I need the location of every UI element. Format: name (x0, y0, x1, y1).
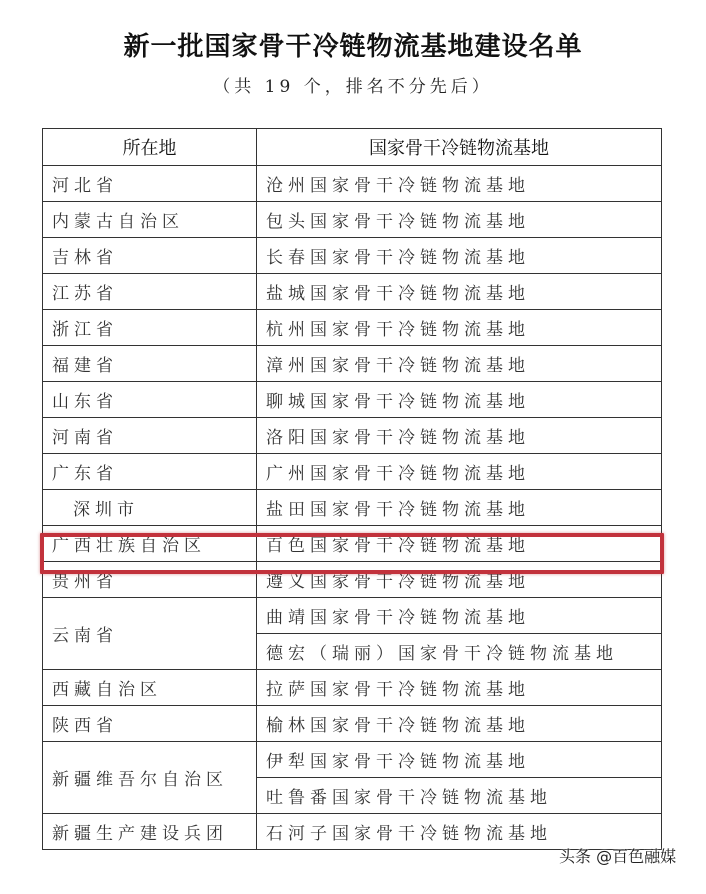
location-cell-sub: 深圳市 (43, 490, 257, 526)
base-cell: 榆林国家骨干冷链物流基地 (257, 706, 662, 742)
base-cell: 百色国家骨干冷链物流基地 (257, 526, 662, 562)
base-cell: 洛阳国家骨干冷链物流基地 (257, 418, 662, 454)
location-cell: 内蒙古自治区 (43, 202, 257, 238)
table-row: 深圳市 盐田国家骨干冷链物流基地 (43, 490, 662, 526)
header-location: 所在地 (43, 129, 257, 166)
location-cell: 新疆生产建设兵团 (43, 814, 257, 850)
table-row: 广东省 广州国家骨干冷链物流基地 (43, 454, 662, 490)
location-cell: 福建省 (43, 346, 257, 382)
table-row: 福建省 漳州国家骨干冷链物流基地 (43, 346, 662, 382)
base-cell: 聊城国家骨干冷链物流基地 (257, 382, 662, 418)
base-cell: 盐城国家骨干冷链物流基地 (257, 274, 662, 310)
base-cell: 拉萨国家骨干冷链物流基地 (257, 670, 662, 706)
watermark: 头条 @百色融媒 (559, 844, 676, 867)
location-cell: 贵州省 (43, 562, 257, 598)
base-cell: 漳州国家骨干冷链物流基地 (257, 346, 662, 382)
table-row-highlighted: 广西壮族自治区 百色国家骨干冷链物流基地 (43, 526, 662, 562)
location-cell: 河北省 (43, 166, 257, 202)
base-cell: 遵义国家骨干冷链物流基地 (257, 562, 662, 598)
base-cell: 曲靖国家骨干冷链物流基地 (257, 598, 662, 634)
table-row: 河南省 洛阳国家骨干冷链物流基地 (43, 418, 662, 454)
table-row: 山东省 聊城国家骨干冷链物流基地 (43, 382, 662, 418)
location-cell: 云南省 (43, 598, 257, 670)
document-title: 新一批国家骨干冷链物流基地建设名单 (0, 26, 706, 63)
base-cell: 长春国家骨干冷链物流基地 (257, 238, 662, 274)
location-cell: 西藏自治区 (43, 670, 257, 706)
base-cell: 伊犁国家骨干冷链物流基地 (257, 742, 662, 778)
location-cell: 新疆维吾尔自治区 (43, 742, 257, 814)
location-cell: 江苏省 (43, 274, 257, 310)
header-base: 国家骨干冷链物流基地 (257, 129, 662, 166)
location-cell: 浙江省 (43, 310, 257, 346)
table-row: 云南省 曲靖国家骨干冷链物流基地 (43, 598, 662, 634)
table-row: 吉林省 长春国家骨干冷链物流基地 (43, 238, 662, 274)
table-row: 浙江省 杭州国家骨干冷链物流基地 (43, 310, 662, 346)
base-cell: 德宏（瑞丽）国家骨干冷链物流基地 (257, 634, 662, 670)
base-cell: 杭州国家骨干冷链物流基地 (257, 310, 662, 346)
table-header-row: 所在地 国家骨干冷链物流基地 (43, 129, 662, 166)
table-row: 新疆维吾尔自治区 伊犁国家骨干冷链物流基地 (43, 742, 662, 778)
table-row: 河北省 沧州国家骨干冷链物流基地 (43, 166, 662, 202)
table-row: 贵州省 遵义国家骨干冷链物流基地 (43, 562, 662, 598)
document-subtitle: （共 19 个，排名不分先后） (0, 72, 706, 97)
location-cell: 陕西省 (43, 706, 257, 742)
location-cell: 河南省 (43, 418, 257, 454)
table-row: 江苏省 盐城国家骨干冷链物流基地 (43, 274, 662, 310)
table-row: 陕西省 榆林国家骨干冷链物流基地 (43, 706, 662, 742)
base-cell: 盐田国家骨干冷链物流基地 (257, 490, 662, 526)
base-cell: 包头国家骨干冷链物流基地 (257, 202, 662, 238)
location-cell: 广东省 (43, 454, 257, 490)
table-row: 内蒙古自治区 包头国家骨干冷链物流基地 (43, 202, 662, 238)
location-cell: 山东省 (43, 382, 257, 418)
table-row: 西藏自治区 拉萨国家骨干冷链物流基地 (43, 670, 662, 706)
location-cell: 吉林省 (43, 238, 257, 274)
location-cell: 广西壮族自治区 (43, 526, 257, 562)
base-cell: 广州国家骨干冷链物流基地 (257, 454, 662, 490)
cold-chain-base-table: 所在地 国家骨干冷链物流基地 河北省 沧州国家骨干冷链物流基地 内蒙古自治区 包… (42, 128, 662, 850)
base-cell: 沧州国家骨干冷链物流基地 (257, 166, 662, 202)
base-cell: 吐鲁番国家骨干冷链物流基地 (257, 778, 662, 814)
